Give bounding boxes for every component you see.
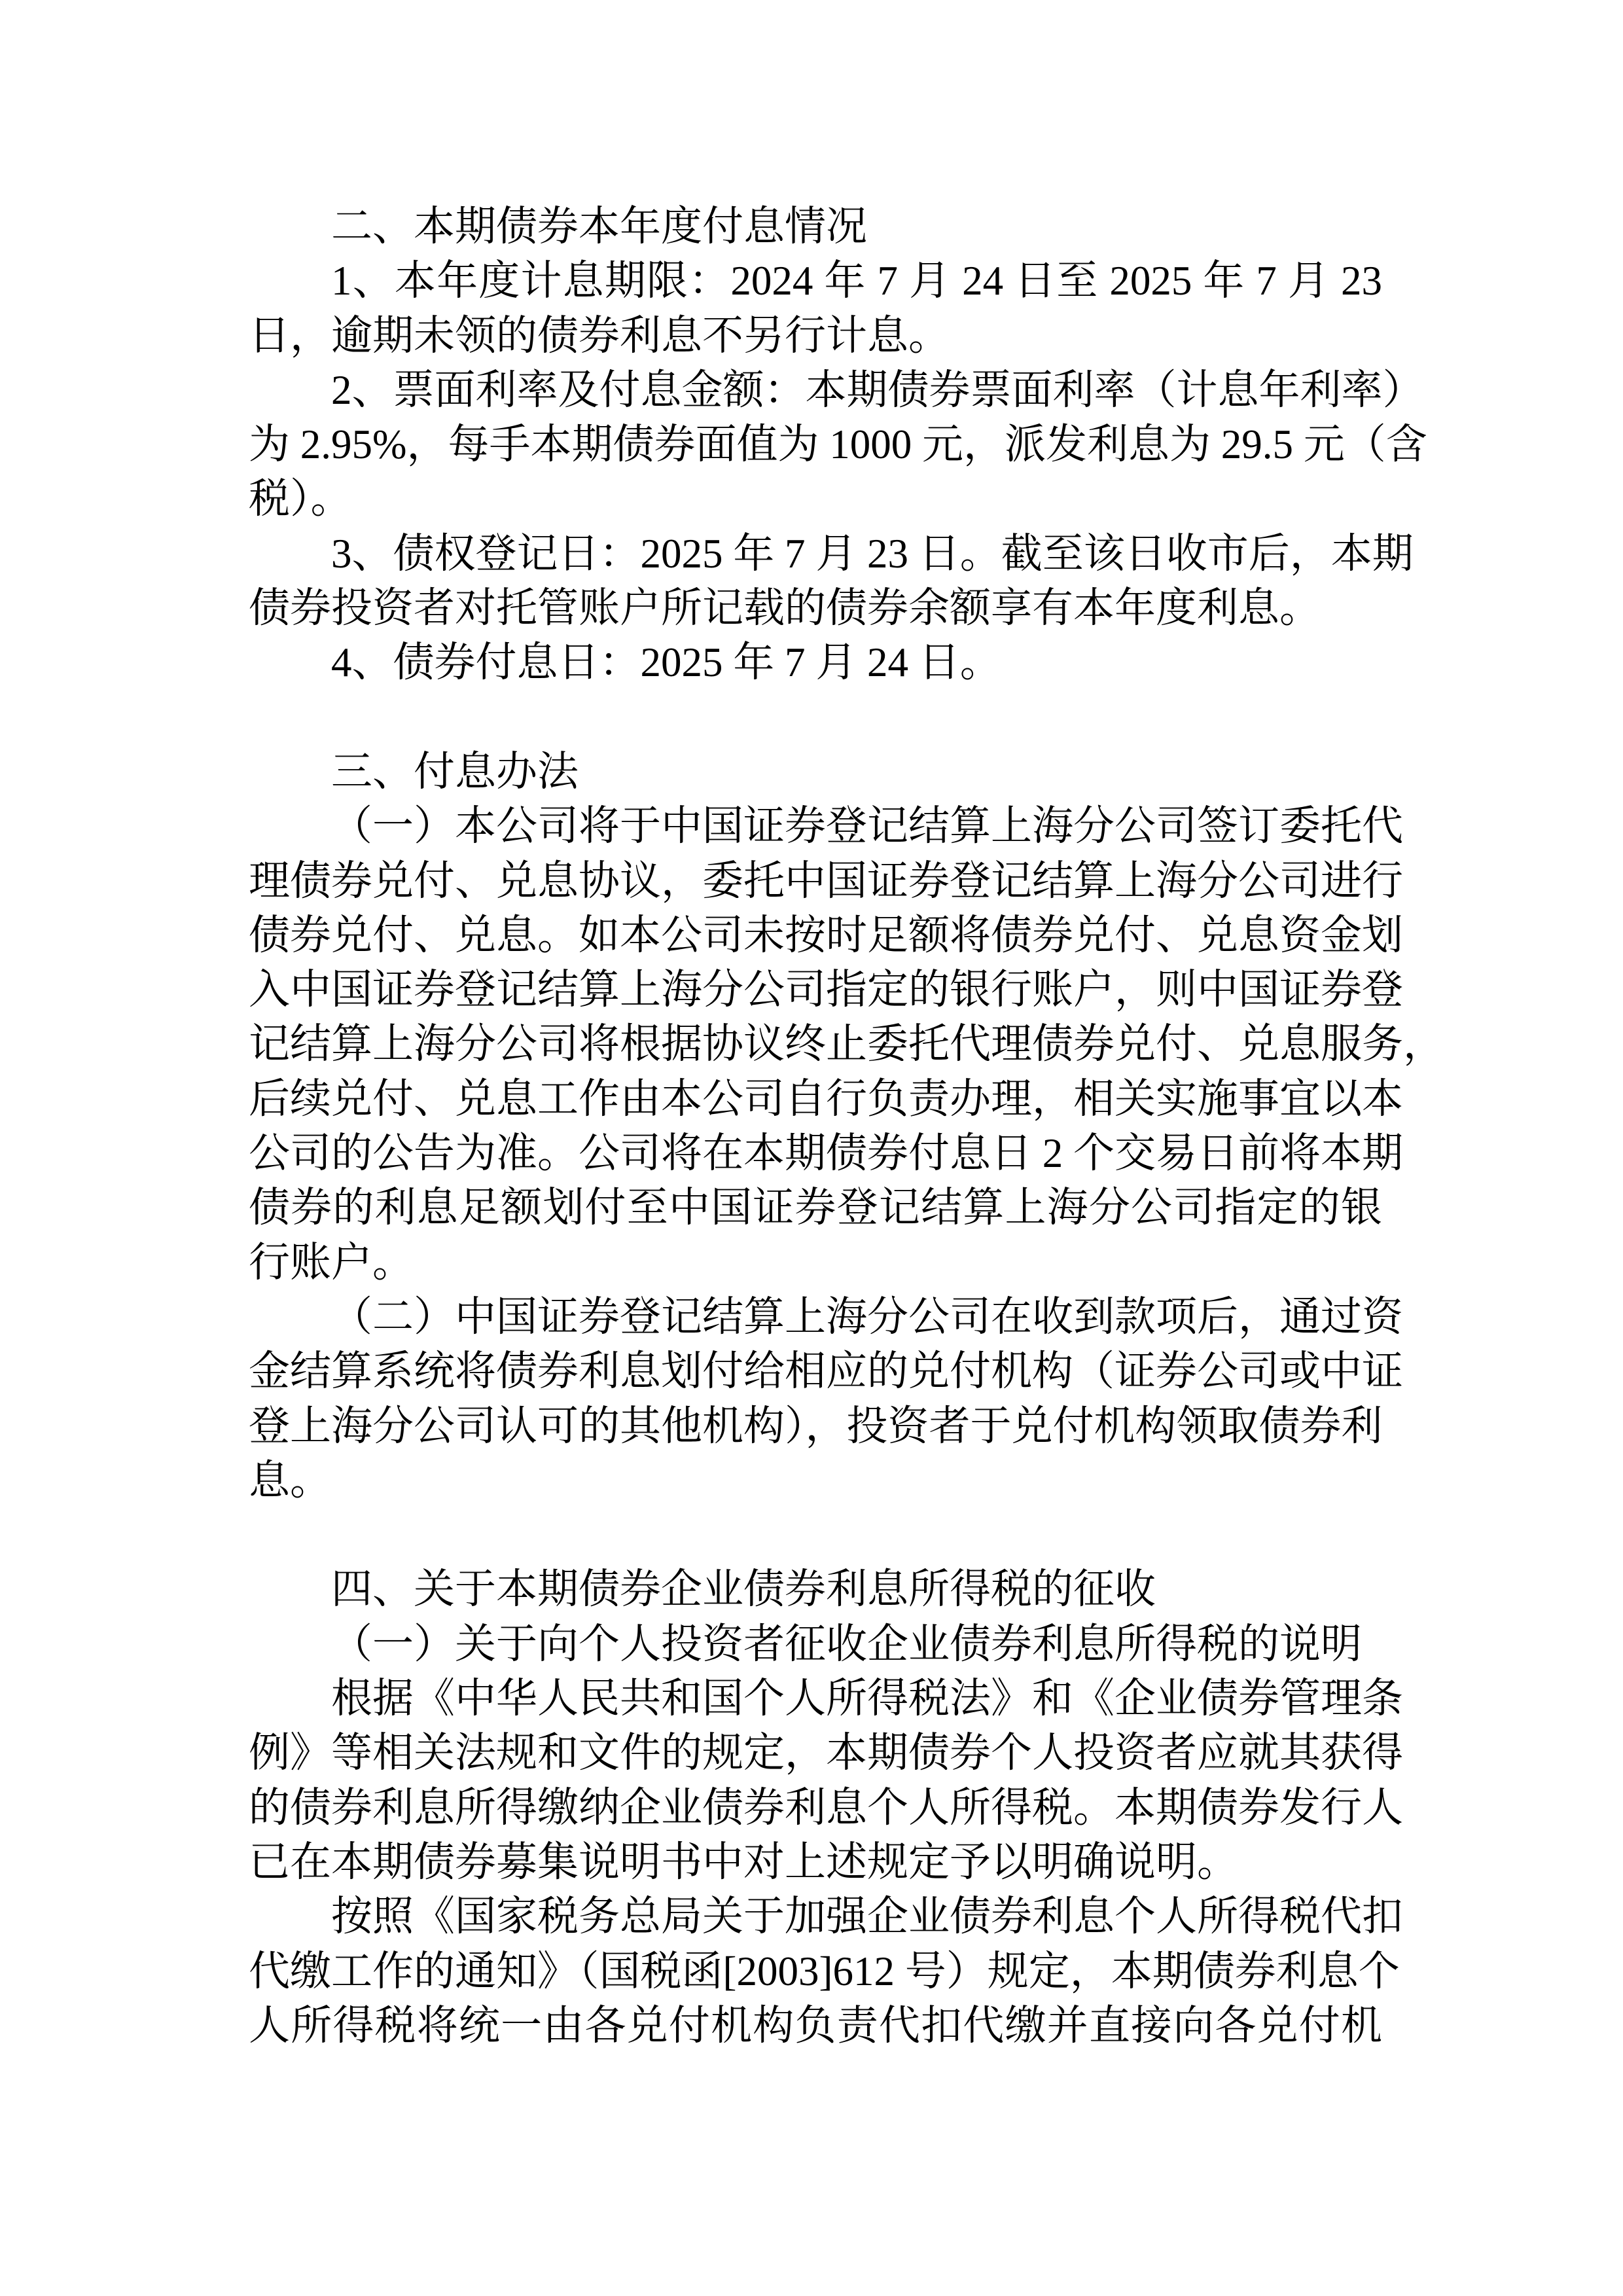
text-line: 公司的公告为准。公司将在本期债券付息日 2 个交易日前将本期 xyxy=(249,1126,1382,1181)
text-line: （一）关于向个人投资者征收企业债券利息所得税的说明 xyxy=(249,1617,1382,1672)
text-line: 人所得税将统一由各兑付机构负责代扣代缴并直接向各兑付机 xyxy=(249,1999,1382,2053)
text-line: 行账户。 xyxy=(249,1236,1382,1290)
text-line: 的债券利息所得缴纳企业债券利息个人所得税。本期债券发行人 xyxy=(249,1781,1382,1835)
text-line: 记结算上海分公司将根据协议终止委托代理债券兑付、兑息服务， xyxy=(249,1017,1382,1071)
text-line: 税）。 xyxy=(249,472,1382,526)
text-line: 3、债权登记日：2025 年 7 月 23 日。截至该日收市后，本期 xyxy=(249,527,1382,581)
text-line: 2、票面利率及付息金额：本期债券票面利率（计息年利率） xyxy=(249,363,1382,418)
text-line: 入中国证券登记结算上海分公司指定的银行账户，则中国证券登 xyxy=(249,963,1382,1017)
text-line: 四、关于本期债券企业债券利息所得税的征收 xyxy=(249,1562,1382,1617)
text-line: 1、本年度计息期限：2024 年 7 月 24 日至 2025 年 7 月 23 xyxy=(249,254,1382,308)
text-line: 后续兑付、兑息工作由本公司自行负责办理，相关实施事宜以本 xyxy=(249,1072,1382,1126)
text-line: 根据《中华人民共和国个人所得税法》和《企业债券管理条 xyxy=(249,1672,1382,1726)
text-line: 债券兑付、兑息。如本公司未按时足额将债券兑付、兑息资金划 xyxy=(249,908,1382,963)
document-page: 二、本期债券本年度付息情况1、本年度计息期限：2024 年 7 月 24 日至 … xyxy=(0,0,1623,2296)
text-line: 4、债券付息日：2025 年 7 月 24 日。 xyxy=(249,636,1382,690)
text-line: 已在本期债券募集说明书中对上述规定予以明确说明。 xyxy=(249,1835,1382,1890)
blank-line xyxy=(249,691,1382,745)
text-line: 金结算系统将债券利息划付给相应的兑付机构（证券公司或中证 xyxy=(249,1344,1382,1399)
text-line: 三、付息办法 xyxy=(249,745,1382,799)
text-line: 例》等相关法规和文件的规定，本期债券个人投资者应就其获得 xyxy=(249,1726,1382,1780)
text-line: 为 2.95%，每手本期债券面值为 1000 元，派发利息为 29.5 元（含 xyxy=(249,418,1382,472)
document-body: 二、本期债券本年度付息情况1、本年度计息期限：2024 年 7 月 24 日至 … xyxy=(0,0,1623,2053)
text-line: 债券的利息足额划付至中国证券登记结算上海分公司指定的银 xyxy=(249,1181,1382,1235)
text-line: 登上海分公司认可的其他机构），投资者于兑付机构领取债券利 xyxy=(249,1399,1382,1454)
text-line: （一）本公司将于中国证券登记结算上海分公司签订委托代 xyxy=(249,799,1382,853)
text-line: 按照《国家税务总局关于加强企业债券利息个人所得税代扣 xyxy=(249,1890,1382,1944)
blank-line xyxy=(249,1508,1382,1562)
text-line: 二、本期债券本年度付息情况 xyxy=(249,200,1382,254)
text-line: （二）中国证券登记结算上海分公司在收到款项后，通过资 xyxy=(249,1290,1382,1344)
text-line: 代缴工作的通知》（国税函[2003]612 号）规定，本期债券利息个 xyxy=(249,1945,1382,1999)
text-line: 息。 xyxy=(249,1454,1382,1508)
text-line: 日，逾期未领的债券利息不另行计息。 xyxy=(249,309,1382,363)
text-line: 债券投资者对托管账户所记载的债券余额享有本年度利息。 xyxy=(249,581,1382,636)
text-line: 理债券兑付、兑息协议，委托中国证券登记结算上海分公司进行 xyxy=(249,854,1382,908)
